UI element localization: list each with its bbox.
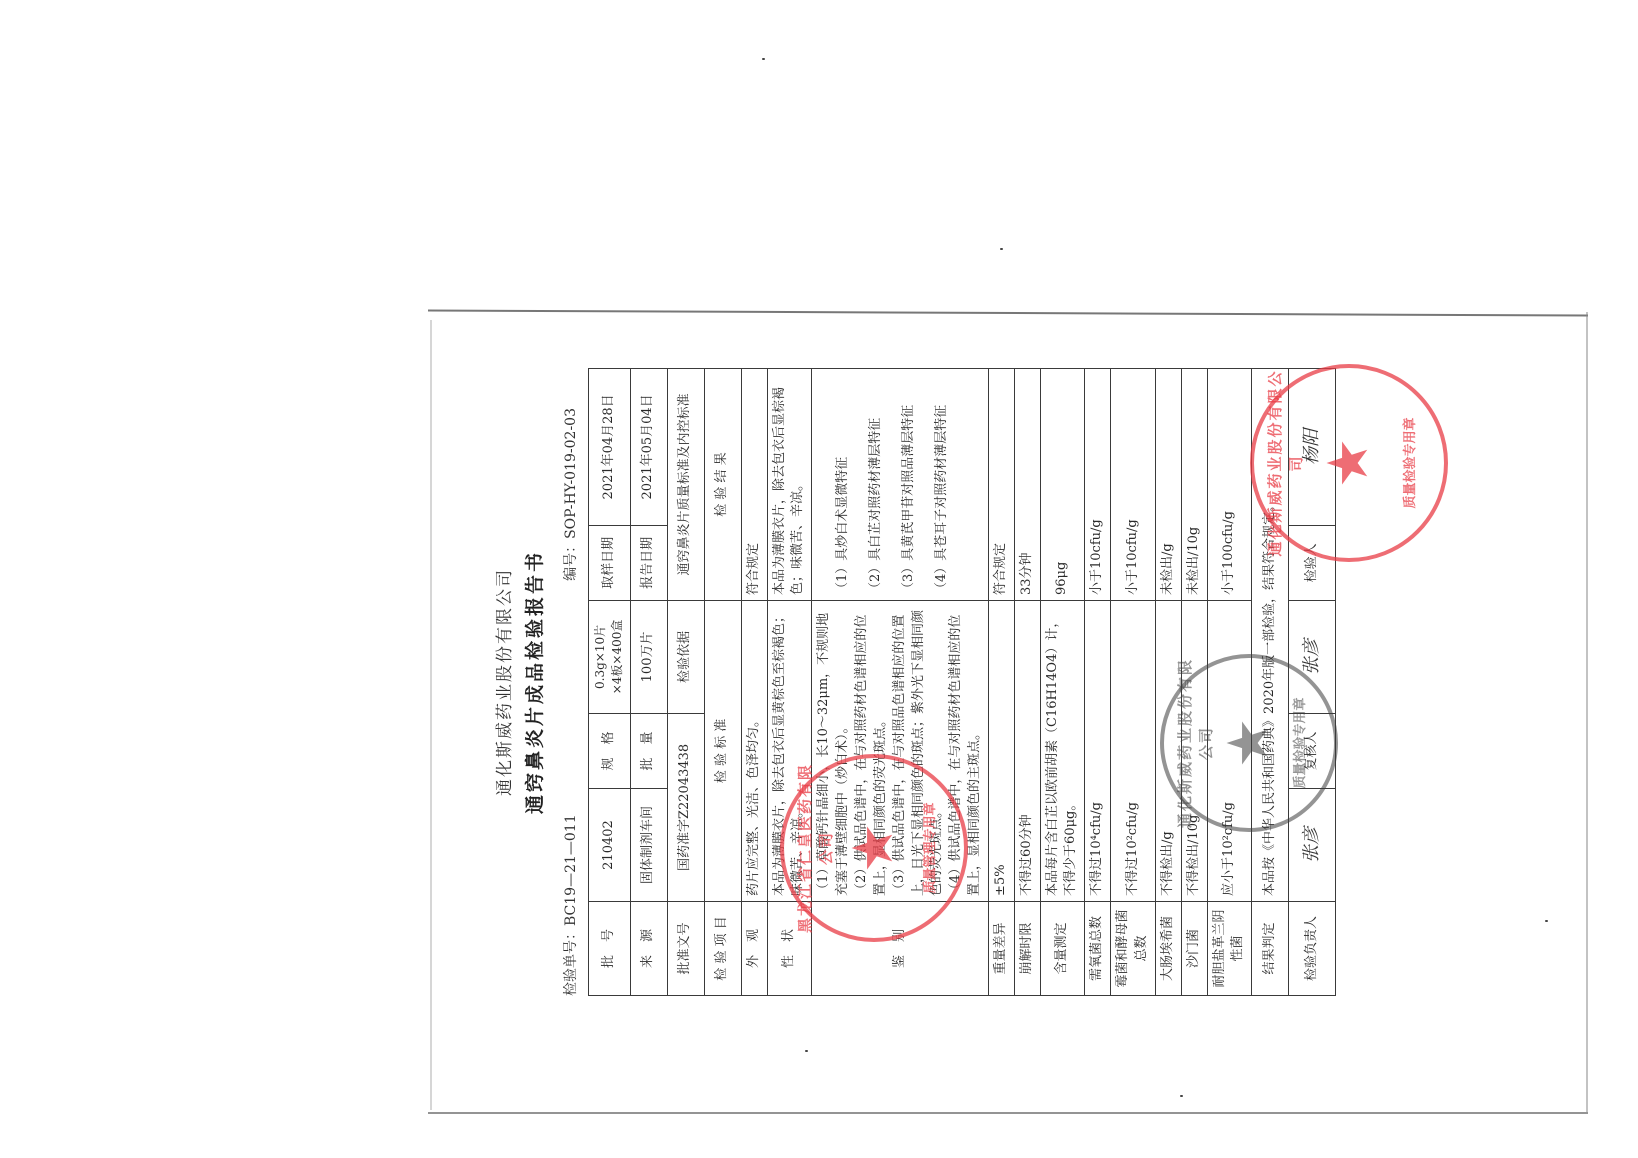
result-line: （4）具苍耳子对照药材薄层特征 xyxy=(933,374,952,595)
inspector-signature: 杨阳 xyxy=(1289,369,1336,526)
standard-line: （4）供试品色谱中，在与对照药材色谱相应的位置上，显相同颜色的主斑点。 xyxy=(947,606,985,896)
info-row-approval: 批准文号 国药准字Z22043438 检验依据 通窍鼻炎片质量标准及内控标准 xyxy=(667,369,704,996)
batch-size-label: 批 量 xyxy=(630,713,667,788)
spec-label: 规 格 xyxy=(589,713,631,788)
inspector-label: 检验人 xyxy=(1289,525,1336,600)
test-standard: 本品为薄膜衣片，除去包衣后显黄棕色至棕褐色；味微苦、辛凉。 xyxy=(767,601,812,902)
report-date-label: 报告日期 xyxy=(630,525,667,600)
conclusion-row: 结果判定 本品按《中华人民共和国药典》2020年版一部检验，结果符合规定。 xyxy=(1252,369,1289,996)
scan-speck xyxy=(1180,1095,1183,1097)
reviewer-label: 复核人 xyxy=(1289,713,1336,788)
batch-no-label: 批 号 xyxy=(589,901,631,995)
test-standard: （1）草酸钙针晶细小，长10～32μm，不规则地充塞于薄壁细胞中（炒白术）。（2… xyxy=(812,601,989,902)
test-result: 符合规定 xyxy=(988,369,1014,601)
test-standard: 不得过10²cfu/g xyxy=(1111,601,1156,902)
test-standard: 本品每片含白芷以欧前胡素（C16H14O4）计，不得少于60μg。 xyxy=(1040,601,1085,902)
source-label: 来 源 xyxy=(630,901,667,995)
test-result: 小于10cfu/g xyxy=(1111,369,1156,601)
sampling-date-value: 2021年04月28日 xyxy=(589,369,631,526)
test-standard: 应小于10²cfu/g xyxy=(1207,601,1252,902)
test-item: 外 观 xyxy=(741,901,767,995)
scan-speck xyxy=(762,58,765,60)
test-standard: 不得检出/10g xyxy=(1181,601,1207,902)
conclusion-text: 本品按《中华人民共和国药典》2020年版一部检验，结果符合规定。 xyxy=(1252,369,1289,902)
header-result: 检 验 结 果 xyxy=(704,369,741,601)
document-code-value: SOP-HY-019-02-03 xyxy=(563,408,579,539)
table-row: 崩解时限不得过60分钟33分钟 xyxy=(1014,369,1040,996)
batch-no-value: 210402 xyxy=(589,789,631,902)
inspector-head-signature: 张彦 xyxy=(1289,789,1336,902)
scan-edge-left xyxy=(430,320,432,1110)
header-standard: 检 验 标 准 xyxy=(704,601,741,902)
header-item: 检 验 项 目 xyxy=(704,901,741,995)
test-item: 需氧菌总数 xyxy=(1085,901,1111,995)
test-result: 未检出/10g xyxy=(1181,369,1207,601)
table-row: 鉴 别（1）草酸钙针晶细小，长10～32μm，不规则地充塞于薄壁细胞中（炒白术）… xyxy=(812,369,989,996)
scan-speck xyxy=(805,1050,808,1052)
approval-no-label: 批准文号 xyxy=(667,901,704,995)
test-item: 大肠埃希菌 xyxy=(1155,901,1181,995)
inspection-report-document: 通化斯威药业股份有限公司 通窍鼻炎片成品检验报告书 检验单号：BC19—21—0… xyxy=(480,362,1480,1002)
table-row: 性 状本品为薄膜衣片，除去包衣后显黄棕色至棕褐色；味微苦、辛凉。本品为薄膜衣片，… xyxy=(767,369,812,996)
standard-line: （2）供试品色谱中，在与对照药材色谱相应的位置上，显相同颜色的荧光斑点。 xyxy=(853,606,891,896)
scan-speck xyxy=(1000,248,1003,250)
test-standard: ±5% xyxy=(988,601,1014,902)
test-standard: 药片应完整、光洁、色泽均匀。 xyxy=(741,601,767,902)
test-result: 小于10cfu/g xyxy=(1085,369,1111,601)
standard-line: （3）供试品色谱中，在与对照品色谱相应的位置上，日光下显相同颜色的斑点；紫外光下… xyxy=(891,606,948,896)
document-code-label: 编号： xyxy=(563,539,579,581)
table-row: 含量测定本品每片含白芷以欧前胡素（C16H14O4）计，不得少于60μg。96μ… xyxy=(1040,369,1085,996)
test-item: 耐胆盐革兰阴性菌 xyxy=(1207,901,1252,995)
table-row: 沙门菌不得检出/10g未检出/10g xyxy=(1181,369,1207,996)
batch-size-value: 100万片 xyxy=(630,601,667,714)
result-line: （3）具黄芪甲苷对照品薄层特征 xyxy=(900,374,919,595)
spec-line-1: 0.3g×10片 xyxy=(592,606,609,708)
scan-edge-bottom xyxy=(428,1112,1588,1114)
scan-speck xyxy=(1545,920,1548,922)
conclusion-label: 结果判定 xyxy=(1252,901,1289,995)
red-stamp-company-subtext: 质量检验专用章 xyxy=(1399,368,1418,558)
standard-line: （1）草酸钙针晶细小，长10～32μm，不规则地充塞于薄壁细胞中（炒白术）。 xyxy=(815,606,853,896)
test-rows: 外 观药片应完整、光洁、色泽均匀。符合规定性 状本品为薄膜衣片，除去包衣后显黄棕… xyxy=(741,369,1251,996)
test-result: 本品为薄膜衣片，除去包衣后显棕褐色；味微苦、辛凉。 xyxy=(767,369,812,601)
test-result: 符合规定 xyxy=(741,369,767,601)
reviewer-signature: 张彦 xyxy=(1289,601,1336,714)
test-item: 霉菌和酵母菌总数 xyxy=(1111,901,1156,995)
spec-value: 0.3g×10片×4板×400盒 xyxy=(589,601,631,714)
scan-edge-top xyxy=(428,309,1588,316)
report-date-value: 2021年05月04日 xyxy=(630,369,667,526)
test-item: 重量差异 xyxy=(988,901,1014,995)
table-row: 外 观药片应完整、光洁、色泽均匀。符合规定 xyxy=(741,369,767,996)
test-item: 鉴 别 xyxy=(812,901,989,995)
table-row: 大肠埃希菌不得检出/g未检出/g xyxy=(1155,369,1181,996)
test-item: 性 状 xyxy=(767,901,812,995)
inspection-number: 检验单号：BC19—21—011 xyxy=(560,814,580,996)
inspection-number-label: 检验单号： xyxy=(563,926,579,996)
spec-line-2: ×4板×400盒 xyxy=(609,606,626,708)
approval-no-value: 国药准字Z22043438 xyxy=(667,713,704,901)
company-name: 通化斯威药业股份有限公司 xyxy=(490,362,515,1002)
report-title: 通窍鼻炎片成品检验报告书 xyxy=(520,362,547,1002)
report-meta: 检验单号：BC19—21—011 编号：SOP-HY-019-02-03 xyxy=(560,368,582,996)
info-row-batch: 批 号 210402 规 格 0.3g×10片×4板×400盒 取样日期 202… xyxy=(589,369,631,996)
test-item: 沙门菌 xyxy=(1181,901,1207,995)
test-result: （1）具炒白术显微特征（2）具白芷对照药材薄层特征（3）具黄芪甲苷对照品薄层特征… xyxy=(812,369,989,601)
result-line: （2）具白芷对照药材薄层特征 xyxy=(867,374,886,595)
table-row: 霉菌和酵母菌总数不得过10²cfu/g小于10cfu/g xyxy=(1111,369,1156,996)
table-row: 耐胆盐革兰阴性菌应小于10²cfu/g小于100cfu/g xyxy=(1207,369,1252,996)
test-result: 33分钟 xyxy=(1014,369,1040,601)
table-header-row: 检 验 项 目 检 验 标 准 检 验 结 果 xyxy=(704,369,741,996)
test-standard: 不得过10⁴cfu/g xyxy=(1085,601,1111,902)
source-value: 固体制剂车间 xyxy=(630,789,667,902)
sampling-date-label: 取样日期 xyxy=(589,525,631,600)
test-standard: 不得过60分钟 xyxy=(1014,601,1040,902)
test-standard: 不得检出/g xyxy=(1155,601,1181,902)
result-line: （1）具炒白术显微特征 xyxy=(834,374,853,595)
info-row-source: 来 源 固体制剂车间 批 量 100万片 报告日期 2021年05月04日 xyxy=(630,369,667,996)
test-result: 小于100cfu/g xyxy=(1207,369,1252,601)
scan-edge-right xyxy=(1586,312,1588,1112)
inspector-head-label: 检验负责人 xyxy=(1289,901,1336,995)
table-row: 重量差异±5%符合规定 xyxy=(988,369,1014,996)
test-item: 含量测定 xyxy=(1040,901,1085,995)
basis-label: 检验依据 xyxy=(667,601,704,714)
inspection-number-value: BC19—21—011 xyxy=(563,814,579,926)
document-code: 编号：SOP-HY-019-02-03 xyxy=(560,408,580,581)
basis-value: 通窍鼻炎片质量标准及内控标准 xyxy=(667,369,704,601)
test-result: 96μg xyxy=(1040,369,1085,601)
table-row: 需氧菌总数不得过10⁴cfu/g小于10cfu/g xyxy=(1085,369,1111,996)
test-result: 未检出/g xyxy=(1155,369,1181,601)
inspection-table: 批 号 210402 规 格 0.3g×10片×4板×400盒 取样日期 202… xyxy=(588,368,1336,996)
signature-row: 检验负责人 张彦 复核人 张彦 检验人 杨阳 xyxy=(1289,369,1336,996)
test-item: 崩解时限 xyxy=(1014,901,1040,995)
